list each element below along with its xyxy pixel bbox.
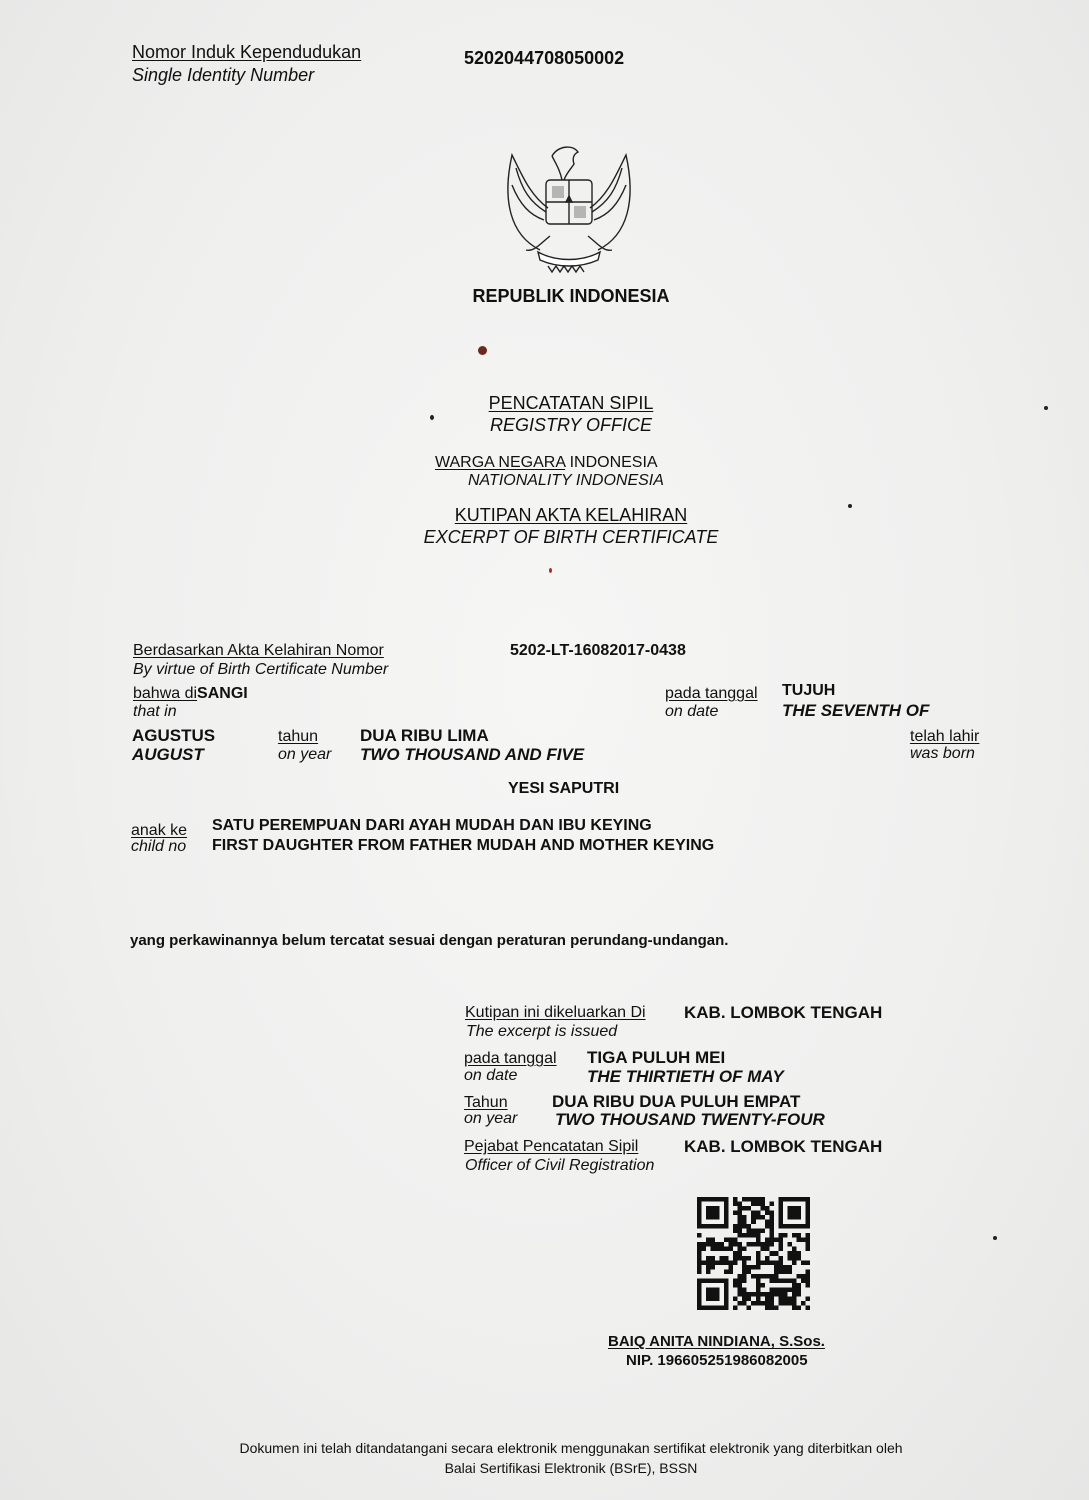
place-label-id: bahwa di (133, 685, 197, 702)
cert-number-value: 5202-LT-16082017-0438 (510, 642, 686, 660)
birth-month-id: AGUSTUS (132, 726, 215, 746)
issued-date-label-id: pada tanggal (464, 1050, 557, 1068)
issued-date-label-en: on date (464, 1067, 517, 1085)
office-title-en: REGISTRY OFFICE (0, 415, 1089, 436)
country-name: REPUBLIK INDONESIA (0, 286, 1089, 307)
ink-speck (430, 415, 434, 420)
marriage-note: yang perkawinannya belum tercatat sesuai… (130, 932, 728, 949)
issued-date-id: TIGA PULUH MEI (587, 1048, 725, 1068)
ink-speck (549, 568, 552, 573)
birth-year-label-en: on year (278, 746, 331, 764)
officer-label-id: Pejabat Pencatatan Sipil (464, 1138, 638, 1156)
nik-label-id: Nomor Induk Kependudukan (132, 42, 361, 63)
footer-line-1: Dokumen ini telah ditandatangani secara … (0, 1440, 1089, 1456)
cert-number-label-en: By virtue of Birth Certificate Number (133, 661, 388, 679)
birth-date-label-id: pada tanggal (665, 685, 758, 703)
child-order-label-en: child no (131, 838, 186, 856)
document-title-id: KUTIPAN AKTA KELAHIRAN (0, 505, 1089, 526)
footer-line-2: Balai Sertifikasi Elektronik (BSrE), BSS… (0, 1460, 1089, 1476)
child-order-value-id: SATU PEREMPUAN DARI AYAH MUDAH DAN IBU K… (212, 817, 652, 835)
nationality-label-id: WARGA NEGARA (435, 454, 565, 471)
nationality-value-en: INDONESIA (576, 472, 664, 489)
nationality-row-id: WARGA NEGARA INDONESIA (435, 454, 658, 472)
nationality-label-en: NATIONALITY (468, 472, 571, 489)
birth-month-en: AUGUST (132, 745, 204, 765)
issued-place: KAB. LOMBOK TENGAH (684, 1003, 882, 1023)
nationality-value-id: INDONESIA (570, 454, 658, 471)
birth-certificate-page: Nomor Induk Kependudukan Single Identity… (0, 0, 1089, 1500)
born-label-en: was born (910, 745, 975, 763)
qr-code-icon[interactable] (696, 1197, 811, 1310)
document-title-en: EXCERPT OF BIRTH CERTIFICATE (0, 527, 1089, 548)
officer-place: KAB. LOMBOK TENGAH (684, 1137, 882, 1157)
garuda-pancasila-emblem-icon (500, 140, 638, 275)
issued-date-en: THE THIRTIETH OF MAY (587, 1067, 784, 1087)
issued-label-id: Kutipan ini dikeluarkan Di (465, 1004, 646, 1022)
issued-year-id: DUA RIBU DUA PULUH EMPAT (552, 1092, 800, 1112)
place-value: SANGI (197, 685, 248, 702)
nik-label-en: Single Identity Number (132, 65, 314, 86)
born-label-id: telah lahir (910, 728, 979, 746)
birth-year-label-id: tahun (278, 728, 318, 746)
ink-speck (478, 346, 487, 355)
place-row: bahwa diSANGI (133, 685, 248, 703)
child-order-value-en: FIRST DAUGHTER FROM FATHER MUDAH AND MOT… (212, 837, 714, 855)
birth-day-en: THE SEVENTH OF (782, 701, 929, 721)
ink-speck (993, 1236, 997, 1240)
nik-value: 5202044708050002 (464, 48, 624, 69)
birth-date-label-en: on date (665, 703, 718, 721)
cert-number-label-id: Berdasarkan Akta Kelahiran Nomor (133, 642, 384, 660)
issued-year-label-en: on year (464, 1110, 517, 1128)
child-name: YESI SAPUTRI (508, 780, 619, 798)
issued-year-en: TWO THOUSAND TWENTY-FOUR (555, 1110, 825, 1130)
place-label-en: that in (133, 703, 177, 721)
ink-speck (1044, 406, 1048, 410)
officer-name: BAIQ ANITA NINDIANA, S.Sos. (608, 1333, 825, 1350)
birth-year-en: TWO THOUSAND AND FIVE (360, 745, 584, 765)
officer-nip: NIP. 196605251986082005 (626, 1352, 808, 1369)
nationality-row-en: NATIONALITY INDONESIA (468, 472, 664, 490)
birth-year-id: DUA RIBU LIMA (360, 726, 489, 746)
officer-label-en: Officer of Civil Registration (465, 1157, 654, 1175)
issued-label-en: The excerpt is issued (466, 1023, 617, 1041)
birth-day-id: TUJUH (782, 682, 835, 700)
office-title-id: PENCATATAN SIPIL (0, 393, 1089, 414)
ink-speck (848, 504, 852, 508)
